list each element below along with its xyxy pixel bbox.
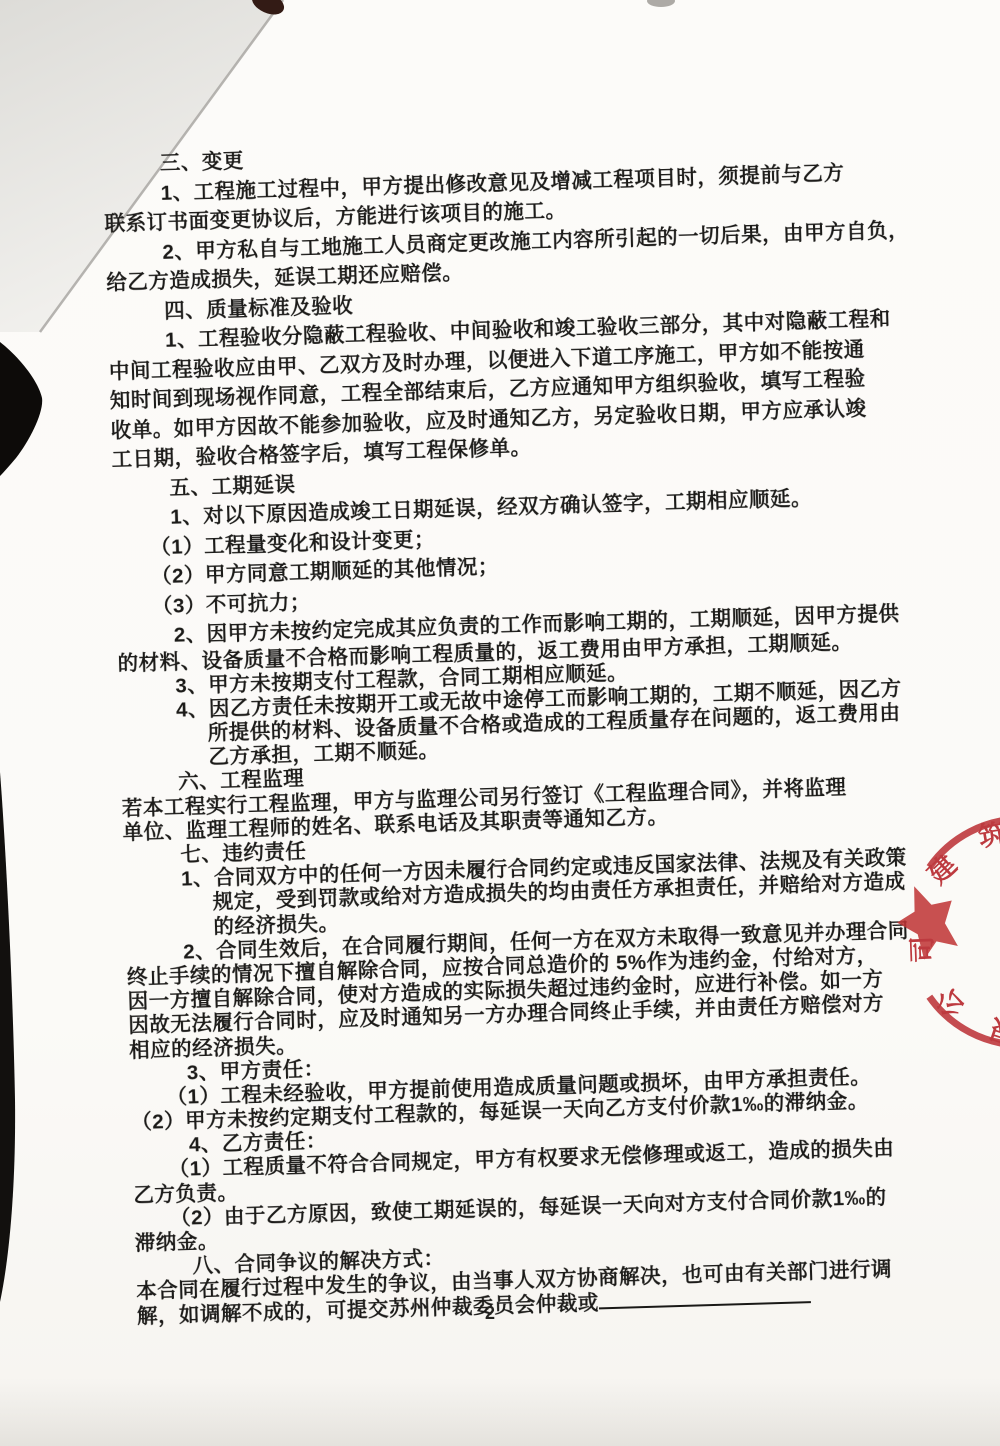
page-number: 2 <box>470 1303 510 1324</box>
blank-underline <box>599 1287 811 1309</box>
scanner-bg-strip <box>0 772 15 1302</box>
seal-text: 建筑装饰工程有限公司 <box>906 814 1000 1050</box>
company-seal: 建筑装饰工程有限公司 <box>862 792 1000 1082</box>
text-block-upper: 三、变更1、工程施工过程中，甲方提出修改意见及增减工程项目时，须提前与乙方联系订… <box>102 128 885 652</box>
seal-text-curve: 建筑装饰工程有限公司 <box>906 814 1000 1050</box>
top-edge-grey-smudge <box>647 0 675 7</box>
bottom-scan-shading <box>0 1378 1000 1446</box>
scanned-contract-page: 三、变更1、工程施工过程中，甲方提出修改意见及增减工程项目时，须提前与乙方联系订… <box>0 0 1000 1446</box>
top-edge-dark-blob <box>248 0 287 19</box>
scanner-bg-wedge <box>0 342 42 476</box>
text-block-lower: 的材料、设备质量不合格而影响工程质量的，返工费用由甲方承担，工期顺延。3、甲方未… <box>117 629 905 1329</box>
contract-text: 三、变更1、工程施工过程中，甲方提出修改意见及增减工程项目时，须提前与乙方联系订… <box>102 128 905 1329</box>
